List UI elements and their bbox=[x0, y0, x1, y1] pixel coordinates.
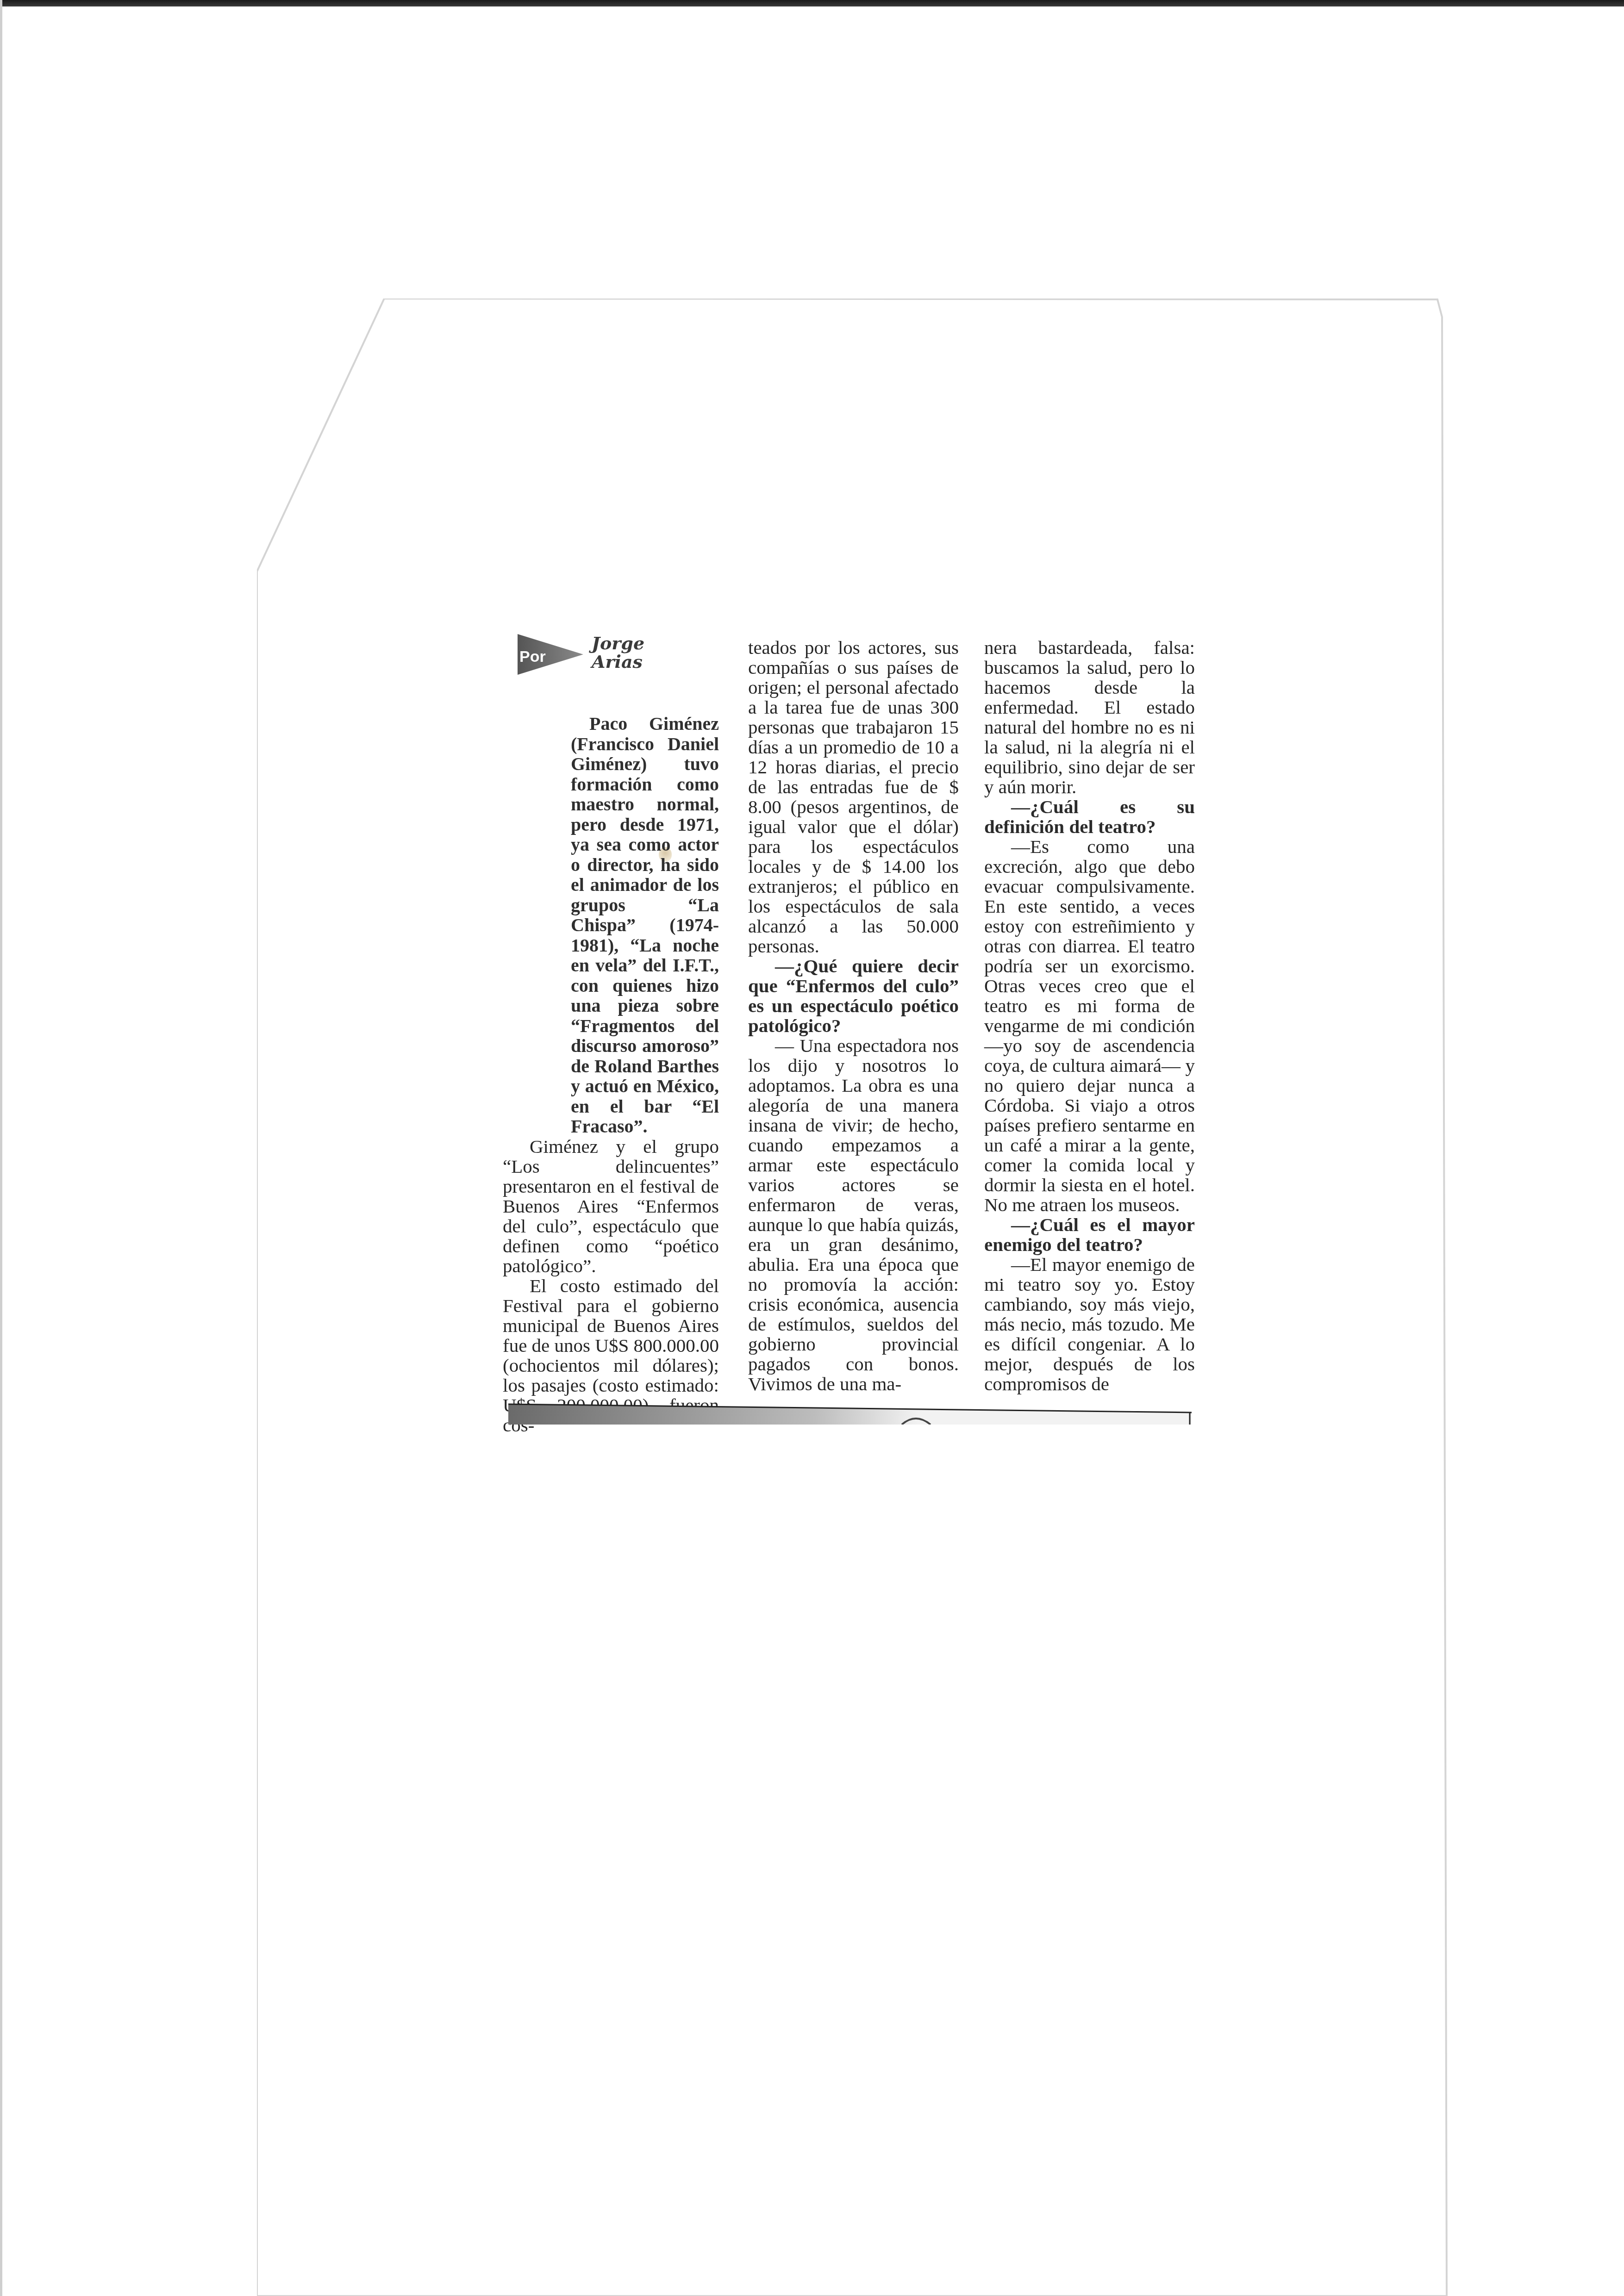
lead-paragraph: Paco Giménez (Francisco Daniel Giménez) … bbox=[571, 714, 719, 1137]
scanner-left-edge bbox=[0, 0, 2, 2296]
column-2: teados por los actores, sus compañías o … bbox=[748, 638, 959, 1394]
interview-question: —¿Qué quiere decir que “Enfermos del cul… bbox=[748, 956, 959, 1036]
paragraph: teados por los actores, sus compañías o … bbox=[748, 638, 959, 956]
interview-answer: —El mayor enemigo de mi teatro soy yo. E… bbox=[984, 1255, 1195, 1394]
column-3: nera bastardeada, falsa: buscamos la sal… bbox=[984, 638, 1195, 1394]
por-flag-icon: Por bbox=[518, 634, 583, 675]
cropped-image-strip bbox=[508, 1402, 1192, 1425]
scanner-top-edge bbox=[0, 0, 1624, 6]
column-1-body: Giménez y el grupo “Los delincuentes” pr… bbox=[503, 1137, 719, 1435]
byline: Por Jorge Arias bbox=[508, 634, 719, 690]
paragraph: nera bastardeada, falsa: buscamos la sal… bbox=[984, 638, 1195, 797]
byline-prefix: Por bbox=[519, 647, 546, 667]
author-name: Jorge Arias bbox=[592, 634, 644, 671]
interview-question: —¿Cuál es su definición del teatro? bbox=[984, 797, 1195, 837]
interview-answer: —Es como una excreción, algo que debo ev… bbox=[984, 837, 1195, 1215]
interview-question: —¿Cuál es el mayor enemigo del teatro? bbox=[984, 1215, 1195, 1255]
newspaper-clipping: Por Jorge Arias Paco Giménez (Francisco … bbox=[508, 634, 1198, 1462]
column-1: Por Jorge Arias Paco Giménez (Francisco … bbox=[508, 634, 719, 1435]
interview-answer: — Una espectadora nos los dijo y nosotro… bbox=[748, 1036, 959, 1394]
paragraph: Giménez y el grupo “Los delincuentes” pr… bbox=[503, 1137, 719, 1276]
